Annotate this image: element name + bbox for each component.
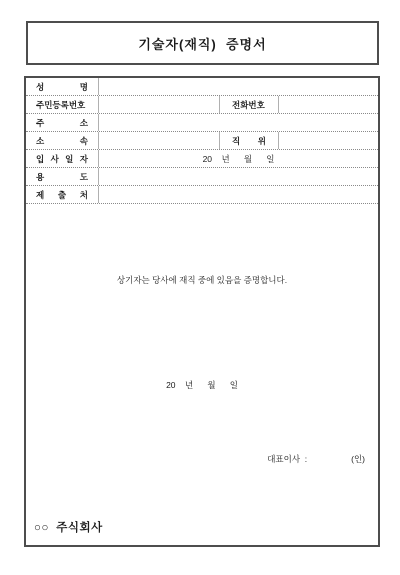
phone-number-label: 전화번호 [220, 96, 279, 113]
hire-date-label: 입 사 일 자 [26, 150, 99, 167]
name-label: 성 명 [26, 78, 99, 95]
submission-target-label: 제 출 처 [26, 186, 99, 203]
row-purpose: 용 도 [26, 168, 378, 186]
affiliation-label: 소 속 [26, 132, 99, 149]
affiliation-value [99, 132, 220, 149]
row-resident-number: 주민등록번호 전화번호 [26, 96, 378, 114]
address-label: 주 소 [26, 114, 99, 131]
address-value [99, 114, 378, 131]
hire-date-value: 20 년 월 일 [99, 150, 378, 167]
purpose-value [99, 168, 378, 185]
company-name: ○○ 주식회사 [34, 519, 103, 535]
position-value [279, 132, 378, 149]
document-title-box: 기술자(재직) 증명서 [26, 21, 379, 65]
certificate-statement: 상기자는 당사에 재직 중에 있음을 증명합니다. [26, 274, 378, 286]
row-hire-date: 입 사 일 자 20 년 월 일 [26, 150, 378, 168]
position-label: 직 위 [220, 132, 279, 149]
ceo-signer-label: 대표이사 : [267, 453, 307, 465]
certificate-form-table: 성 명 주민등록번호 전화번호 주 소 소 속 직 위 입 사 일 자 20 년… [24, 76, 380, 547]
resident-number-value [99, 96, 220, 113]
signer-line: 대표이사 : (인) [267, 453, 365, 465]
row-submission-target: 제 출 처 [26, 186, 378, 204]
row-name: 성 명 [26, 78, 378, 96]
phone-number-value [279, 96, 378, 113]
name-value [99, 78, 378, 95]
row-affiliation: 소 속 직 위 [26, 132, 378, 150]
seal-placeholder-label: (인) [351, 453, 365, 465]
certificate-document-page: 기술자(재직) 증명서 성 명 주민등록번호 전화번호 주 소 소 속 직 위 … [0, 0, 400, 575]
submission-target-value [99, 186, 378, 203]
row-address: 주 소 [26, 114, 378, 132]
purpose-label: 용 도 [26, 168, 99, 185]
issue-date-line: 20 년 월 일 [26, 379, 378, 391]
certificate-body: 상기자는 당사에 재직 중에 있음을 증명합니다. 20 년 월 일 대표이사 … [26, 204, 378, 545]
document-title: 기술자(재직) 증명서 [138, 34, 266, 53]
resident-number-label: 주민등록번호 [26, 96, 99, 113]
